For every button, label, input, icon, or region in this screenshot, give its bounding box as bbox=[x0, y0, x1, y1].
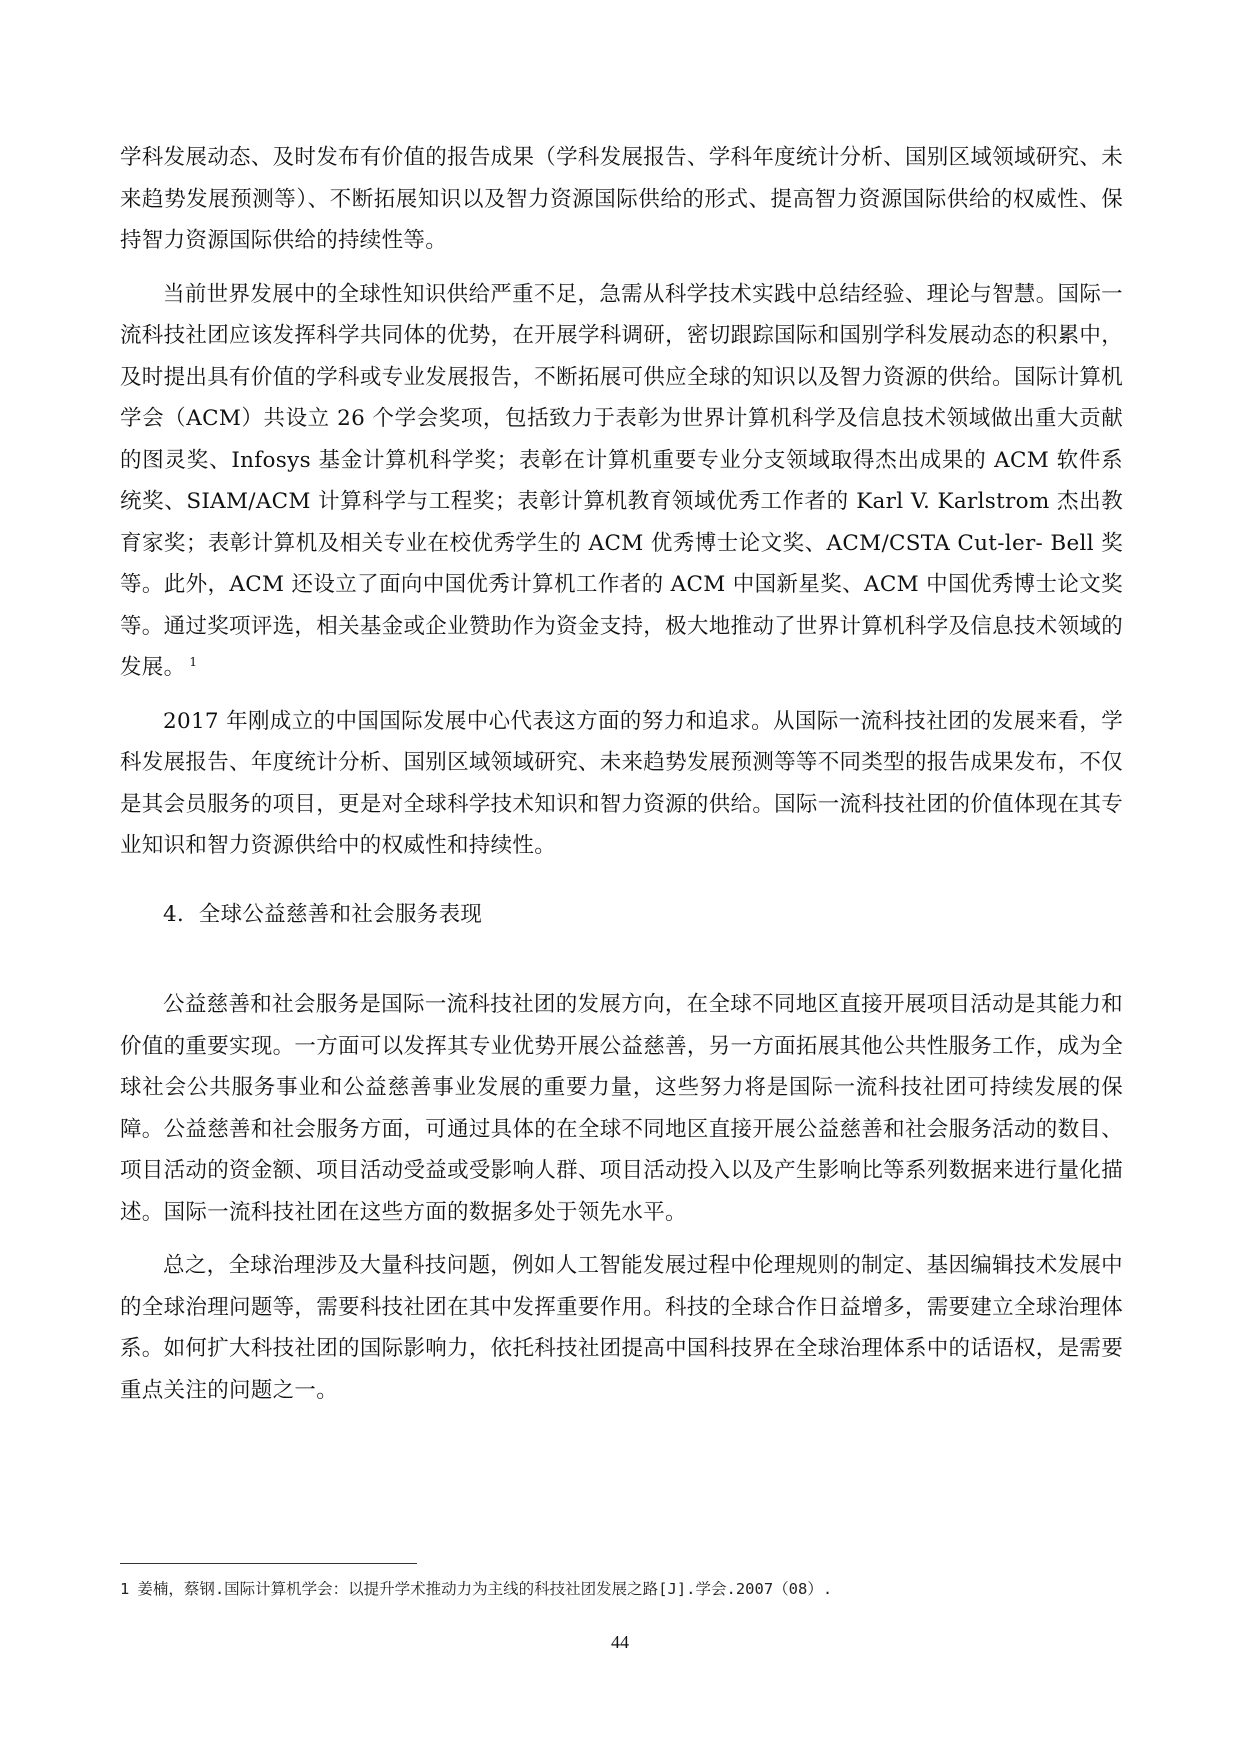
footnote-divider bbox=[120, 1563, 417, 1564]
paragraph-acm-awards: 当前世界发展中的全球性知识供给严重不足，急需从科学技术实践中总结经验、理论与智慧… bbox=[120, 274, 1123, 689]
footnote-number: 1 bbox=[120, 1580, 129, 1598]
footnote: 1姜楠，蔡钢.国际计算机学会：以提升学术推动力为主线的科技社团发展之路[J].学… bbox=[120, 1578, 1120, 1600]
paragraph-public-welfare: 公益慈善和社会服务是国际一流科技社团的发展方向，在全球不同地区直接开展项目活动是… bbox=[120, 984, 1123, 1233]
paragraph-text: 当前世界发展中的全球性知识供给严重不足，急需从科学技术实践中总结经验、理论与智慧… bbox=[120, 282, 1123, 681]
paragraph-development-center: 2017 年刚成立的中国国际发展中心代表这方面的努力和追求。从国际一流科技社团的… bbox=[120, 701, 1123, 867]
paragraph-continuation: 学科发展动态、及时发布有价值的报告成果（学科发展报告、学科年度统计分析、国别区域… bbox=[120, 137, 1123, 262]
footnote-reference[interactable]: 1 bbox=[189, 655, 197, 669]
page-number: 44 bbox=[0, 1632, 1240, 1653]
footnote-text: 姜楠，蔡钢.国际计算机学会：以提升学术推动力为主线的科技社团发展之路[J].学会… bbox=[137, 1580, 832, 1598]
section-heading: 4．全球公益慈善和社会服务表现 bbox=[163, 894, 1123, 936]
page-body: 学科发展动态、及时发布有价值的报告成果（学科发展报告、学科年度统计分析、国别区域… bbox=[120, 137, 1123, 1423]
paragraph-conclusion: 总之，全球治理涉及大量科技问题，例如人工智能发展过程中伦理规则的制定、基因编辑技… bbox=[120, 1245, 1123, 1411]
